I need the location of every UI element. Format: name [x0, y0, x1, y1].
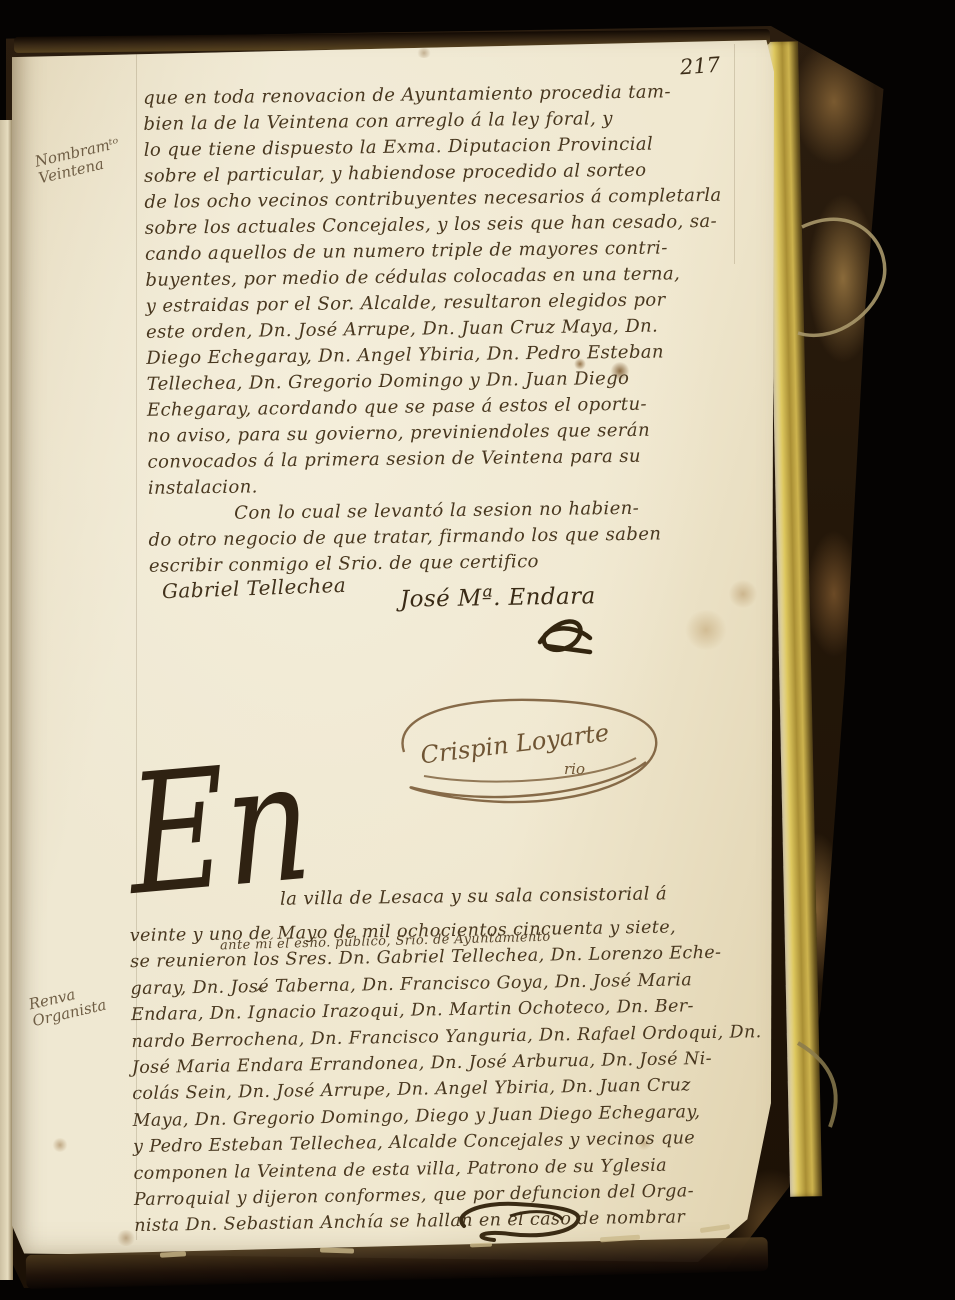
rubric-flourish-icon: [532, 612, 598, 664]
manuscript-photo: 217 Nombramᵗᵒ Veintena Renva Organista q…: [0, 0, 955, 1300]
foxing-spot: [728, 580, 758, 608]
margin-note-renva-organista: Renva Organista: [27, 980, 108, 1030]
signature-gabriel-tellechea: Gabriel Tellechea: [162, 573, 347, 603]
foxing-spot: [684, 610, 728, 650]
binding-cord-tail: [792, 1035, 862, 1135]
folio-number: 217: [679, 53, 721, 80]
signature-jose-maria-endara: José Mª. Endara: [400, 583, 596, 612]
margin-note-nombramiento-veintena: Nombramᵗᵒ Veintena: [33, 135, 124, 187]
oval-signature-secretary: Crispin Loyarte rio: [384, 692, 666, 810]
act-text-organista: veinte y uno de Mayo de mil ochocientos …: [130, 913, 780, 1240]
manuscript-line: la villa de Lesaca y su sala consistoria…: [280, 883, 667, 909]
binding-cord-loop: [790, 205, 900, 350]
facing-page-sliver: [0, 120, 13, 1280]
act-text-veintena: que en toda renovacion de Ayuntamiento p…: [143, 78, 774, 580]
foxing-spot: [116, 1230, 136, 1246]
frayed-paper-bit: [470, 1243, 492, 1248]
foxing-spot: [416, 48, 432, 58]
manuscript-page: 217 Nombramᵗᵒ Veintena Renva Organista q…: [12, 40, 774, 1262]
signature-suffix: rio: [564, 760, 585, 778]
closing-flourish-icon: [450, 1192, 590, 1244]
foxing-spot: [52, 1138, 68, 1152]
